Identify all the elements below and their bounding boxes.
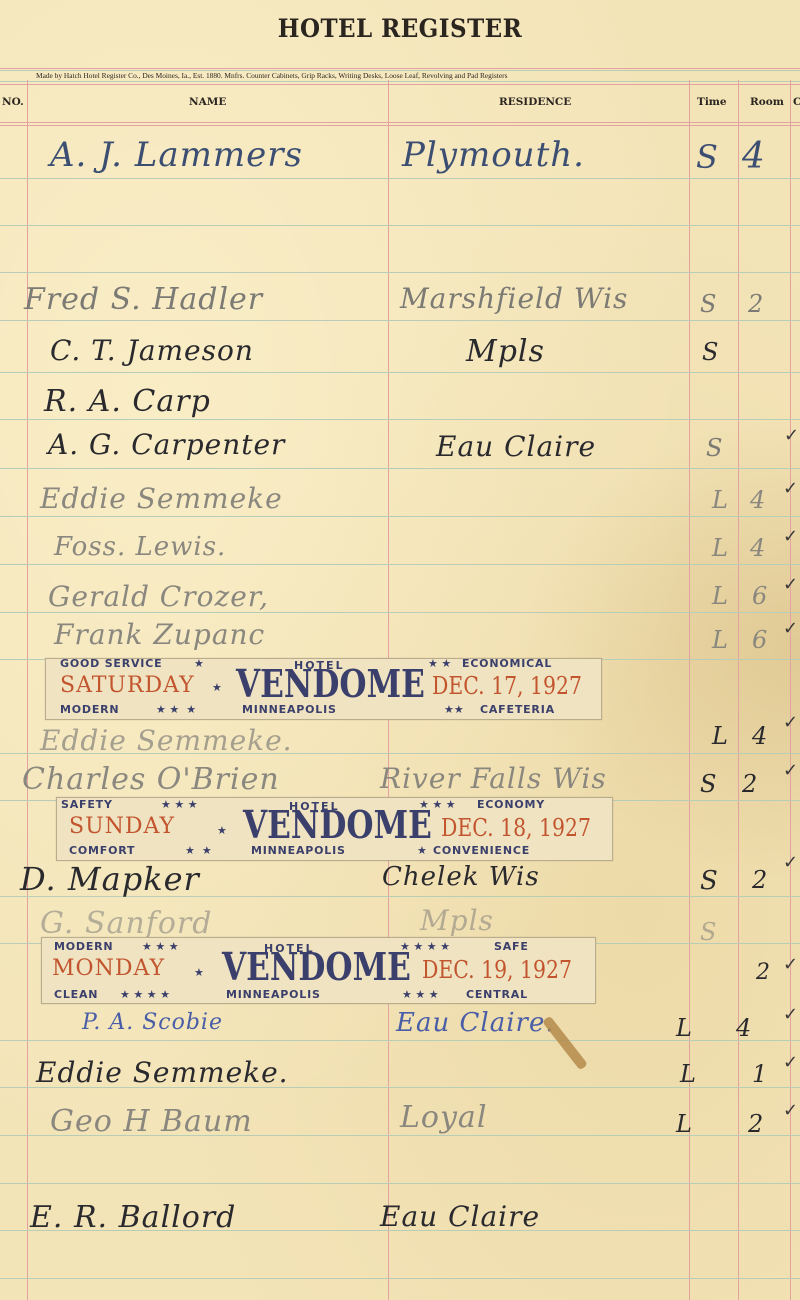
entry-residence: Mpls: [466, 334, 545, 369]
column-header-room: Room: [750, 96, 784, 108]
entry-room: 2: [742, 770, 758, 798]
day-stamp-saturday: GOOD SERVICE ★ SATURDAY ★ MODERN ★ ★ ★ H…: [45, 658, 602, 720]
entry-name: A. G. Carpenter: [48, 428, 285, 461]
column-header-residence: RESIDENCE: [499, 96, 571, 108]
star-icon: ★: [217, 824, 227, 837]
entry-time: L: [680, 1060, 697, 1088]
entry-residence: Mpls: [420, 904, 494, 937]
entry-time: S: [702, 338, 719, 366]
entry-residence: Plymouth.: [402, 135, 585, 175]
checkmark-icon: ✓: [783, 1100, 798, 1121]
entry-name: D. Mapker: [20, 860, 200, 898]
entry-time: S: [700, 918, 717, 946]
entry-time: S: [696, 138, 719, 176]
rule-line: [0, 125, 800, 126]
rule-line: [0, 122, 800, 123]
day-stamp-monday: MODERN ★ ★ ★ MONDAY ★ CLEAN ★ ★ ★ ★ HOTE…: [41, 937, 596, 1004]
star-icon: ★: [194, 966, 204, 979]
star-icon: ★ ★ ★: [142, 940, 179, 953]
rule-line: [0, 84, 800, 85]
checkmark-icon: ✓: [783, 618, 798, 639]
entry-time: L: [676, 1110, 693, 1138]
star-icon: ★ ★ ★: [402, 988, 439, 1001]
paper-stain: [542, 1015, 588, 1070]
checkmark-icon: ✓: [783, 712, 798, 733]
column-header-no: NO.: [2, 96, 24, 108]
column-header-name: NAME: [189, 96, 226, 108]
checkmark-icon: ✓: [784, 425, 799, 446]
entry-name: Geo H Baum: [50, 1104, 253, 1139]
star-icon: ★: [212, 681, 222, 694]
entry-room: 2: [748, 290, 764, 318]
maker-line: Made by Hatch Hotel Register Co., Des Mo…: [36, 71, 507, 80]
star-icon: ★: [194, 658, 204, 670]
entry-room: 4: [750, 486, 766, 514]
star-icon: ★ ★: [428, 658, 451, 670]
entry-name: Frank Zupanc: [54, 618, 265, 651]
entry-name: A. J. Lammers: [50, 135, 303, 175]
star-icon: ★ ★ ★ ★: [400, 940, 450, 953]
entry-residence: Eau Claire: [436, 430, 596, 463]
star-icon: ★ ★ ★: [161, 798, 198, 811]
entry-residence: Eau Claire.: [396, 1008, 555, 1038]
star-icon: ★ ★ ★: [156, 703, 196, 716]
page-title: HOTEL REGISTER: [32, 14, 768, 43]
column-divider-no: [27, 80, 28, 1300]
entry-room: 2: [752, 866, 768, 894]
entry-name: E. R. Ballord: [30, 1200, 236, 1235]
checkmark-icon: ✓: [783, 478, 798, 499]
star-icon: ★ ★: [185, 844, 212, 857]
checkmark-icon: ✓: [783, 1052, 798, 1073]
star-icon: ★ ★ ★: [419, 798, 456, 811]
entry-name: G. Sanford: [40, 906, 212, 941]
entry-room: 2: [748, 1110, 764, 1138]
star-icon: ★★: [444, 703, 464, 716]
entry-residence: River Falls Wis: [380, 762, 607, 795]
entry-room: 2: [756, 960, 771, 985]
entry-name: Fred S. Hadler: [24, 282, 263, 317]
checkmark-icon: ✓: [783, 852, 798, 873]
checkmark-icon: ✓: [783, 760, 798, 781]
entry-time: S: [700, 770, 717, 798]
entry-name: Eddie Semmeke.: [36, 1056, 289, 1089]
entry-residence: Eau Claire: [380, 1200, 540, 1233]
entry-room: 6: [752, 626, 768, 654]
entry-room: 6: [752, 582, 768, 610]
entry-time: L: [676, 1014, 693, 1042]
column-header-time: Time: [697, 96, 727, 108]
rule-line: [0, 68, 800, 69]
checkmark-icon: ✓: [783, 574, 798, 595]
entry-time: S: [700, 290, 717, 318]
entry-room: 4: [752, 722, 768, 750]
rule-line: [0, 81, 800, 82]
entry-time: L: [712, 722, 729, 750]
entry-residence: Marshfield Wis: [400, 282, 628, 315]
entry-time: L: [712, 582, 729, 610]
checkmark-icon: ✓: [783, 526, 798, 547]
entry-name: Charles O'Brien: [22, 762, 280, 797]
entry-name: Gerald Crozer,: [48, 580, 269, 613]
entry-time: L: [712, 626, 729, 654]
entry-name: Eddie Semmeke: [40, 482, 283, 515]
entry-name: Foss. Lewis.: [54, 532, 226, 562]
entry-room: 4: [742, 136, 766, 177]
day-stamp-sunday: SAFETY ★ ★ ★ SUNDAY ★ COMFORT ★ ★ HOTEL …: [56, 797, 613, 861]
entry-name: Eddie Semmeke.: [40, 724, 293, 757]
entry-name: C. T. Jameson: [50, 334, 254, 367]
column-header-extra: C: [793, 96, 800, 108]
entry-time: L: [712, 486, 729, 514]
entry-room: 4: [750, 534, 766, 562]
entry-name: P. A. Scobie: [82, 1010, 223, 1035]
column-divider-time: [738, 80, 739, 1300]
entry-time: L: [712, 534, 729, 562]
star-icon: ★ ★ ★ ★: [120, 988, 170, 1001]
entry-residence: Chelek Wis: [382, 862, 540, 892]
entry-residence: Loyal: [400, 1100, 487, 1135]
entry-time: S: [700, 866, 719, 896]
entry-name: R. A. Carp: [44, 384, 211, 419]
star-icon: ★: [417, 844, 427, 857]
entry-room: 1: [752, 1060, 768, 1088]
entry-room: 4: [736, 1014, 752, 1042]
checkmark-icon: ✓: [783, 1004, 798, 1025]
entry-time: S: [706, 434, 723, 462]
checkmark-icon: ✓: [783, 954, 798, 975]
